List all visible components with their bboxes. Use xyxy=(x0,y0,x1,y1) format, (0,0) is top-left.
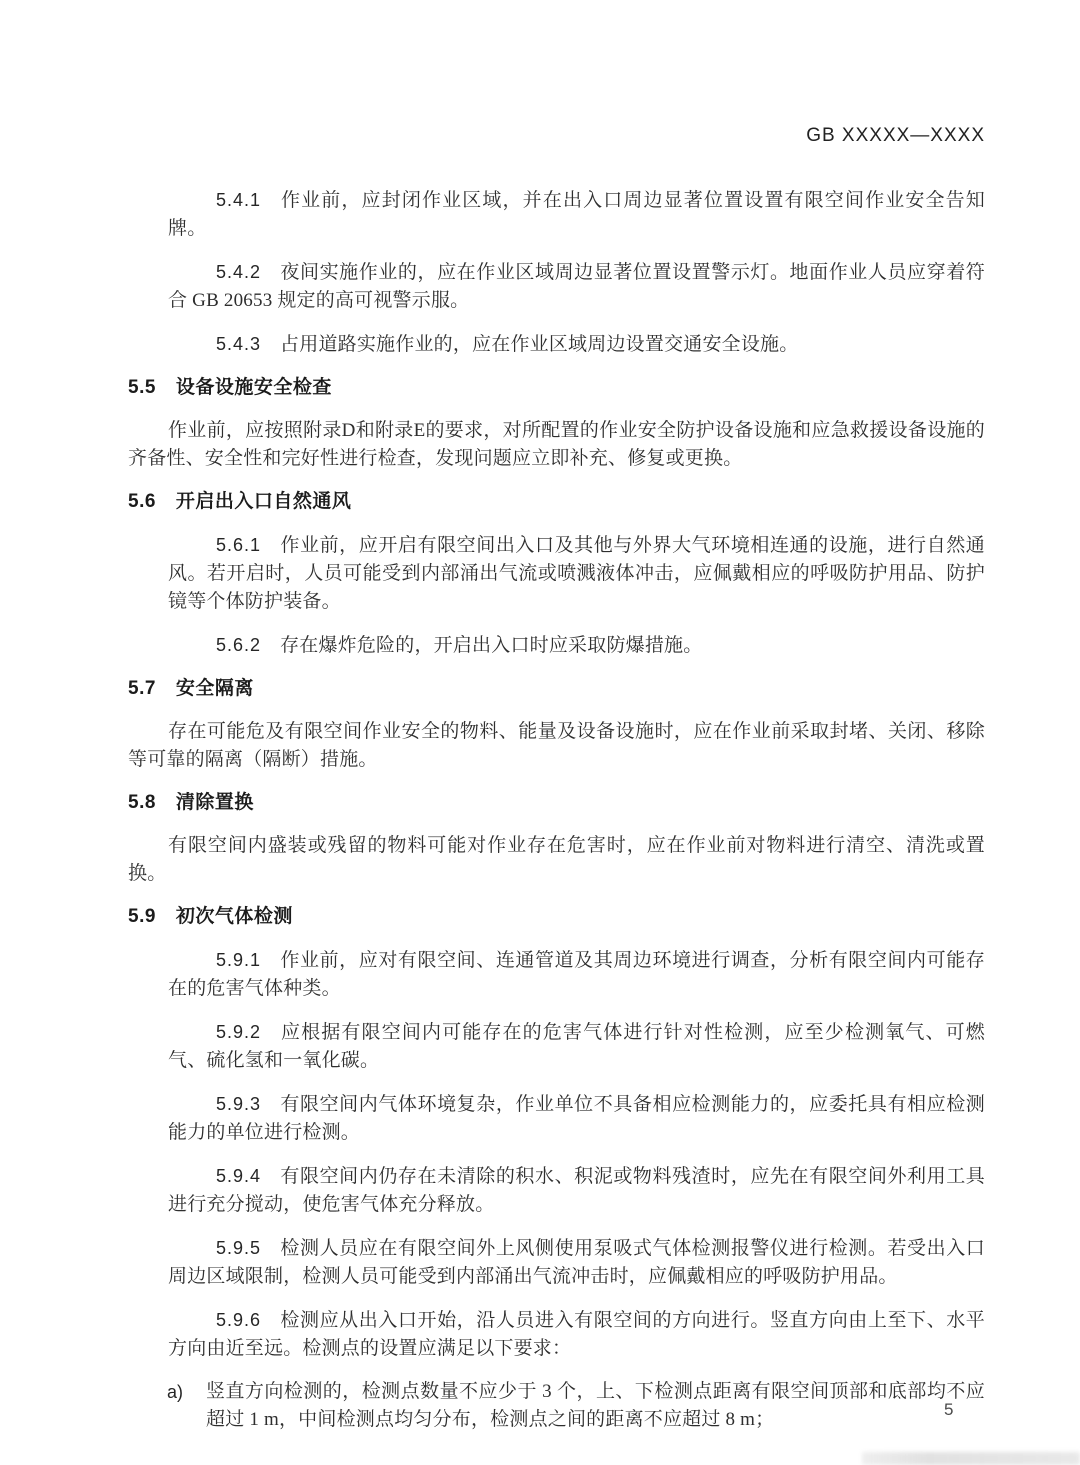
clause-number: 5.9.1 xyxy=(216,950,261,970)
section-heading-5-8: 5.8清除置换 xyxy=(128,789,985,817)
heading-number: 5.5 xyxy=(128,377,156,398)
clause-5-9-4: 5.9.4有限空间内仍存在未清除的积水、积泥或物料残渣时，应先在有限空间外利用工… xyxy=(168,1162,985,1219)
list-item-a: a)竖直方向检测的，检测点数量不应少于 3 个，上、下检测点距离有限空间顶部和底… xyxy=(167,1378,985,1434)
clause-text: 作业前，应开启有限空间出入口及其他与外界大气环境相连通的设施，进行自然通风。若开… xyxy=(168,535,985,612)
heading-number: 5.6 xyxy=(128,491,156,512)
heading-number: 5.7 xyxy=(128,678,156,699)
clause-5-6-1: 5.6.1作业前，应开启有限空间出入口及其他与外界大气环境相连通的设施，进行自然… xyxy=(168,531,985,616)
clause-number: 5.9.5 xyxy=(216,1238,261,1258)
section-heading-5-9: 5.9初次气体检测 xyxy=(128,903,985,931)
document-page: GB XXXXX—XXXX 5.4.1作业前，应封闭作业区域，并在出入口周边显著… xyxy=(0,0,1080,1465)
clause-text: 夜间实施作业的，应在作业区域周边显著位置设置警示灯。地面作业人员应穿着符合 GB… xyxy=(168,262,985,311)
clause-number: 5.6.2 xyxy=(216,635,261,655)
clause-5-4-2: 5.4.2夜间实施作业的，应在作业区域周边显著位置设置警示灯。地面作业人员应穿着… xyxy=(168,258,985,315)
clause-5-4-3: 5.4.3占用道路实施作业的，应在作业区域周边设置交通安全设施。 xyxy=(168,330,985,359)
paragraph: 存在可能危及有限空间作业安全的物料、能量及设备设施时，应在作业前采取封堵、关闭、… xyxy=(128,718,985,774)
clause-text: 应根据有限空间内可能存在的危害气体进行针对性检测，应至少检测氧气、可燃气、硫化氢… xyxy=(168,1022,985,1071)
clause-text: 作业前，应封闭作业区域，并在出入口周边显著位置设置有限空间作业安全告知牌。 xyxy=(168,190,985,239)
clause-text: 作业前，应对有限空间、连通管道及其周边环境进行调查，分析有限空间内可能存在的危害… xyxy=(168,950,985,999)
heading-text: 清除置换 xyxy=(176,792,254,813)
clause-5-9-5: 5.9.5检测人员应在有限空间外上风侧使用泵吸式气体检测报警仪进行检测。若受出入… xyxy=(168,1234,985,1291)
clause-text: 占用道路实施作业的，应在作业区域周边设置交通安全设施。 xyxy=(280,334,798,355)
section-heading-5-6: 5.6开启出入口自然通风 xyxy=(128,488,985,516)
clause-text: 检测应从出入口开始，沿人员进入有限空间的方向进行。竖直方向由上至下、水平方向由近… xyxy=(168,1310,985,1359)
page-number: 5 xyxy=(944,1400,953,1420)
clause-5-9-3: 5.9.3有限空间内气体环境复杂，作业单位不具备相应检测能力的，应委托具有相应检… xyxy=(168,1090,985,1147)
heading-number: 5.9 xyxy=(128,906,156,927)
paragraph: 作业前，应按照附录D和附录E的要求，对所配置的作业安全防护设备设施和应急救援设备… xyxy=(128,417,985,473)
clause-number: 5.4.3 xyxy=(216,334,261,354)
heading-text: 设备设施安全检查 xyxy=(176,377,332,398)
list-marker: a) xyxy=(167,1378,206,1434)
heading-text: 开启出入口自然通风 xyxy=(176,491,352,512)
standard-number-header: GB XXXXX—XXXX xyxy=(128,125,985,147)
clause-text: 检测人员应在有限空间外上风侧使用泵吸式气体检测报警仪进行检测。若受出入口周边区域… xyxy=(168,1238,985,1287)
clause-5-4-1: 5.4.1作业前，应封闭作业区域，并在出入口周边显著位置设置有限空间作业安全告知… xyxy=(168,186,985,243)
clause-text: 有限空间内气体环境复杂，作业单位不具备相应检测能力的，应委托具有相应检测能力的单… xyxy=(168,1094,985,1143)
clause-number: 5.4.2 xyxy=(216,262,261,282)
section-heading-5-7: 5.7安全隔离 xyxy=(128,675,985,703)
heading-text: 安全隔离 xyxy=(176,678,254,699)
document-body: 5.4.1作业前，应封闭作业区域，并在出入口周边显著位置设置有限空间作业安全告知… xyxy=(128,186,985,1434)
clause-text: 存在爆炸危险的，开启出入口时应采取防爆措施。 xyxy=(280,635,702,656)
clause-number: 5.9.4 xyxy=(216,1166,261,1186)
clause-number: 5.6.1 xyxy=(216,535,261,555)
clause-number: 5.9.6 xyxy=(216,1310,261,1330)
clause-number: 5.4.1 xyxy=(216,190,261,210)
clause-text: 有限空间内仍存在未清除的积水、积泥或物料残渣时，应先在有限空间外利用工具进行充分… xyxy=(168,1166,985,1215)
heading-number: 5.8 xyxy=(128,792,156,813)
paragraph: 有限空间内盛装或残留的物料可能对作业存在危害时，应在作业前对物料进行清空、清洗或… xyxy=(128,832,985,888)
list-text: 竖直方向检测的，检测点数量不应少于 3 个，上、下检测点距离有限空间顶部和底部均… xyxy=(206,1378,985,1434)
clause-number: 5.9.2 xyxy=(216,1022,261,1042)
clause-number: 5.9.3 xyxy=(216,1094,261,1114)
heading-text: 初次气体检测 xyxy=(176,906,293,927)
section-heading-5-5: 5.5设备设施安全检查 xyxy=(128,374,985,402)
clause-5-9-2: 5.9.2应根据有限空间内可能存在的危害气体进行针对性检测，应至少检测氧气、可燃… xyxy=(168,1018,985,1075)
clause-5-9-1: 5.9.1作业前，应对有限空间、连通管道及其周边环境进行调查，分析有限空间内可能… xyxy=(168,946,985,1003)
clause-5-9-6: 5.9.6检测应从出入口开始，沿人员进入有限空间的方向进行。竖直方向由上至下、水… xyxy=(168,1306,985,1363)
clause-5-6-2: 5.6.2存在爆炸危险的，开启出入口时应采取防爆措施。 xyxy=(168,631,985,660)
faint-watermark xyxy=(862,1452,1080,1465)
